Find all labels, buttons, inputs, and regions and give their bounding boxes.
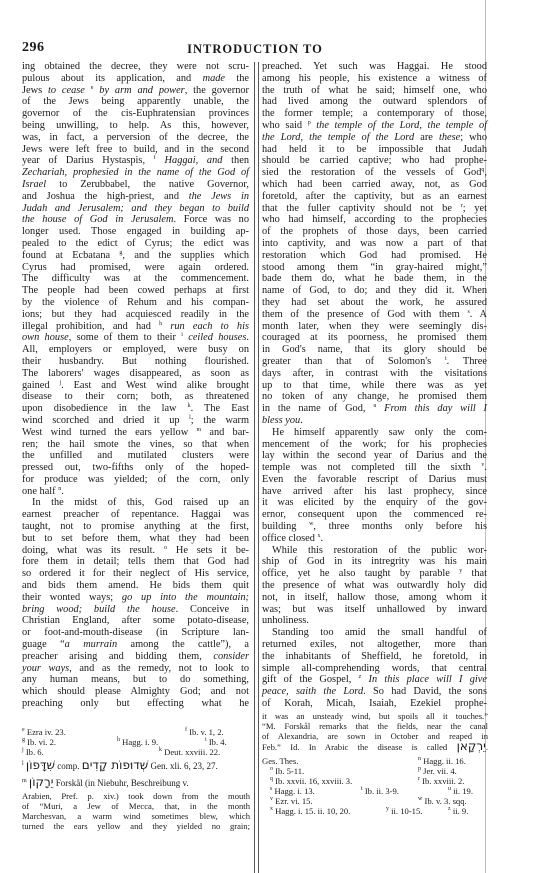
text-line: bade them do, what he bade them, in the xyxy=(262,273,487,285)
text-line: preached. Yet such was Haggai. He stood xyxy=(262,61,487,73)
text-line: by the violence of Rehum and his compan- xyxy=(22,297,249,309)
text-line: gained j. East and West wind alike broug… xyxy=(22,380,249,392)
text-line: into captivity, and was now a part of th… xyxy=(262,238,487,250)
text-line: year of Darius Hystaspis, f Haggai, and … xyxy=(22,155,249,167)
text-line: the inhabitants of Sheffield, he foretol… xyxy=(262,651,487,663)
footnote-reference: t Ib. ii. 3-9. xyxy=(361,786,399,796)
text-line: own house, some of them to their i ceile… xyxy=(22,332,249,344)
text-line: for produce was yielded; of the corn, on… xyxy=(22,474,249,486)
text-line: All, employers or employed, were busy on xyxy=(22,344,249,356)
text-line: earnest preacher of repentance. Haggai w… xyxy=(22,509,249,521)
text-line: found at Ecbatana g, and the supplies wh… xyxy=(22,250,249,262)
text-line: preacher arising and bidding them, consi… xyxy=(22,651,249,663)
text-line: in the name of God, u From this day will… xyxy=(262,403,487,415)
text-line: ren; the hail smote the vines, so that w… xyxy=(22,439,249,451)
left-text-column: ing obtained the decree, they were not s… xyxy=(22,61,249,710)
footnote-reference: u ii. 19. xyxy=(448,786,473,796)
text-line: He himself apparently saw only the com- xyxy=(262,427,487,439)
footnote-reference: p Jer. vii. 4. xyxy=(418,766,457,776)
text-line: but to set before them, what they had be… xyxy=(22,533,249,545)
text-line: they had set about the work, he assured xyxy=(262,297,487,309)
text-line: which should please Almighty God; and no… xyxy=(22,686,249,698)
text-line: and Joshua the high-priest, and the Jews… xyxy=(22,191,249,203)
text-line: who said p the temple of the Lord, the t… xyxy=(262,120,487,132)
text-line: The difficulty was at the commencement. xyxy=(22,273,249,285)
text-line: doing, what was its result. o He sets it… xyxy=(22,545,249,557)
text-line: the truth of what he said; himself one, … xyxy=(262,85,487,97)
text-line: lay within the second year of Darius and… xyxy=(262,450,487,462)
text-line: their wonted ways; go up into the mounta… xyxy=(22,592,249,604)
right-text-column: preached. Yet such was Haggai. He stooda… xyxy=(262,61,487,710)
text-line: office, yet he also taught by parable y … xyxy=(262,568,487,580)
footnote-row: o Ib. 5-11.p Jer. vii. 4. xyxy=(262,766,488,776)
text-line: who had himself, according to the prophe… xyxy=(262,214,487,226)
text-line: returned exiles, not altogether, more th… xyxy=(262,639,487,651)
text-line: guage “a murrain among the cattle”), a xyxy=(22,639,249,651)
footnote-reference: n Hagg. ii. 16. xyxy=(418,756,466,766)
footnote-reference: f Ib. v. 1, 2. xyxy=(185,727,224,737)
column-divider xyxy=(254,62,259,873)
footnote-row: s Hagg. i. 13.t Ib. ii. 3-9.u ii. 19. xyxy=(262,786,488,796)
text-line: preaching only but effecting what he xyxy=(22,698,249,710)
text-line: the former temple; a contemporary of tho… xyxy=(262,108,487,120)
footnote-hebrew-line: l שִׁדָּפוֹן comp. שְׁדוּפוֹת קָדִים Gen… xyxy=(22,757,250,774)
text-line: of the prophets of those days, been carr… xyxy=(262,226,487,238)
text-line: was, in fact, a perversion of the decree… xyxy=(22,132,249,144)
text-line: greater than that of Solomon's t. Three xyxy=(262,356,487,368)
text-line: being unwilling, to help. As this, howev… xyxy=(22,120,249,132)
text-line: which had been carried away, not, as God xyxy=(262,179,487,191)
text-line: longer used. Those engaged in building a… xyxy=(22,226,249,238)
footnotes-right: it was an unsteady wind, but spoils all … xyxy=(262,711,488,816)
text-line: the unfilled and mutilated clusters were xyxy=(22,450,249,462)
text-line: couraged at its poorness, he promised th… xyxy=(262,332,487,344)
text-line: Israel to Zerubbabel, the native Governo… xyxy=(22,179,249,191)
text-line: that the fuller captivity should not be … xyxy=(262,203,487,215)
footnote-reference: g Ib. vi. 2. xyxy=(22,737,56,747)
footnote-paragraph: it was an unsteady wind, but spoils all … xyxy=(262,711,488,752)
text-line: building w, three months only before his xyxy=(262,521,487,533)
text-line: Standing too amid the small handful of xyxy=(262,627,487,639)
footnote-reference: h Hagg. i. 9. xyxy=(117,737,158,747)
text-line: them of the presence of God with them s.… xyxy=(262,309,487,321)
text-line: stood among them “in gray-haired might,” xyxy=(262,262,487,274)
text-line: of the Jews being apparently unable, the xyxy=(22,96,249,108)
text-line: upon disobedience in the law k. The East xyxy=(22,403,249,415)
footnote-reference: i Ib. 4. xyxy=(205,737,227,747)
footnote-row: j Ib. 6.k Deut. xxviii. 22. xyxy=(22,747,250,757)
footnote-row: e Ezra iv. 23.f Ib. v. 1, 2. xyxy=(22,727,250,737)
text-line: governor of the cis-Euphratensian provin… xyxy=(22,108,249,120)
footnote-reference: r Ib. xxviii. 2. xyxy=(418,776,464,786)
footnote-hebrew-line: m יֵרָקוֹן Forskål (in Niebuhr, Beschrei… xyxy=(22,774,250,791)
footnotes-left: e Ezra iv. 23.f Ib. v. 1, 2.g Ib. vi. 2.… xyxy=(22,727,250,831)
footnote-reference: w Ib. v. 3. sqq. xyxy=(418,796,467,806)
running-title: INTRODUCTION TO xyxy=(22,42,488,57)
footnote-reference: o Ib. 5-11. xyxy=(270,766,304,776)
text-line: In the midst of this, God raised up an xyxy=(22,497,249,509)
text-line: peace, saith the Lord. So had David, the… xyxy=(262,686,487,698)
text-line: their husbandry. But nothing flourished. xyxy=(22,356,249,368)
text-line: it was elicited by the enquiry of the go… xyxy=(262,497,487,509)
text-line: unholiness. xyxy=(262,615,487,627)
text-line: bring wood; build the house. Conceive in xyxy=(22,604,249,616)
footnote-reference: j Ib. 6. xyxy=(22,747,44,757)
footnote-reference: y ii. 10-15. xyxy=(386,806,422,816)
footnote-reference: k Deut. xxviii. 22. xyxy=(159,747,220,757)
footnote-row: v Ezr. vi. 15.w Ib. v. 3. sqq. xyxy=(262,796,488,806)
text-line: Even the favorable rescript of Darius mu… xyxy=(262,474,487,486)
text-line: Jews were left free to build, and in the… xyxy=(22,144,249,156)
text-line: bless you. xyxy=(262,415,487,427)
footnote-reference: s Hagg. i. 13. xyxy=(270,786,315,796)
text-line: the presence of what was outwardly holy … xyxy=(262,580,487,592)
text-line: restoration which God had promised. He xyxy=(262,250,487,262)
text-line: ions; but they had acquiesced readily in… xyxy=(22,309,249,321)
page-header: 296 INTRODUCTION TO xyxy=(22,40,488,58)
text-line: disease to their corn; both, as threaten… xyxy=(22,391,249,403)
text-line: fore them in detail; tells them that God… xyxy=(22,556,249,568)
text-line: any human means, but to do something, xyxy=(22,674,249,686)
text-line: wind scorched and dried it up l; the war… xyxy=(22,415,249,427)
text-line: gift of the Gospel, z In this place will… xyxy=(262,674,487,686)
text-line: Jews to cease e by arm and power, the go… xyxy=(22,85,249,97)
footnote-paragraph: Arabien, Pref. p. xiv.) took down from t… xyxy=(22,791,250,831)
text-line: simple all-comprehending words, that cen… xyxy=(262,663,487,675)
text-line: Cyrus had promised, were again ordered. xyxy=(22,262,249,274)
text-line: had lived among the outward splendors of xyxy=(262,96,487,108)
footnote-reference: e Ezra iv. 23. xyxy=(22,727,66,737)
footnote-row: q Ib. xxvii. 16, xxviii. 3.r Ib. xxviii.… xyxy=(262,776,488,786)
footnote-row: g Ib. vi. 2.h Hagg. i. 9.i Ib. 4. xyxy=(22,737,250,747)
text-line: illegal prohibition, and had h run each … xyxy=(22,321,249,333)
text-line: the house of God in Jerusalem. Force was… xyxy=(22,214,249,226)
text-line: should be carried captive; who had proph… xyxy=(262,155,487,167)
text-line: up to that time, while there was as yet xyxy=(262,380,487,392)
text-line: West wind turned the ears yellow m and b… xyxy=(22,427,249,439)
text-line: days after, in contrast with the visitat… xyxy=(262,368,487,380)
footnote-reference: z ii. 9. xyxy=(448,806,468,816)
footnote-reference: v Ezr. vi. 15. xyxy=(270,796,313,806)
text-line: name of God, to do; and they did it. Whe… xyxy=(262,285,487,297)
text-line: pealed to the edict of Cyrus; the edict … xyxy=(22,238,249,250)
text-line: sied the restoration of the vessels of G… xyxy=(262,167,487,179)
text-line: among his people, his existence a witnes… xyxy=(262,73,487,85)
text-line: and bids them amend. He bids them quit xyxy=(22,580,249,592)
text-line: ing obtained the decree, they were not s… xyxy=(22,61,249,73)
footnote-row: x Hagg. i. 15. ii. 10, 20.y ii. 10-15.z … xyxy=(262,806,488,816)
text-line: pulous about its application, and made t… xyxy=(22,73,249,85)
text-line: or foot-and-mouth-disease (in Scripture … xyxy=(22,627,249,639)
text-line: your ways, and as the remedy, not to loo… xyxy=(22,663,249,675)
footnote-ges-thes: Ges. Thes.n Hagg. ii. 16. xyxy=(262,756,488,766)
text-line: had held it to be impossible that Judah xyxy=(262,144,487,156)
text-line: The people had been cowed perhaps at fir… xyxy=(22,285,249,297)
text-line: mencement of the work; for his prophecie… xyxy=(262,439,487,451)
text-line: ernor, consequent upon the commenced re- xyxy=(262,509,487,521)
text-line: so ordered it for their neglect of His s… xyxy=(22,568,249,580)
text-line: one half n. xyxy=(22,486,249,498)
footnote-reference: q Ib. xxvii. 16, xxviii. 3. xyxy=(270,776,352,786)
text-line: not, in itself, hallow those, among whom… xyxy=(262,592,487,604)
text-line: pressed out, two-fifths only of the hope… xyxy=(22,462,249,474)
text-line: month later, when they were seemingly di… xyxy=(262,321,487,333)
text-line: in God's name, that its glory should be xyxy=(262,344,487,356)
text-line: Judah and Jerusalem; and they began to b… xyxy=(22,203,249,215)
footnote-reference: x Hagg. i. 15. ii. 10, 20. xyxy=(270,806,350,816)
text-line: The laborers' wages disappeared, as soon… xyxy=(22,368,249,380)
text-line: was; but was itself unhallowed by inward xyxy=(262,604,487,616)
text-line: Christian England, after some potato-dis… xyxy=(22,615,249,627)
text-line: ship of God in its intregrity was his ma… xyxy=(262,556,487,568)
text-line: temple was not completed till the sixth … xyxy=(262,462,487,474)
text-line: of Korah, Micah, Isaiah, Ezekiel prophe- xyxy=(262,698,487,710)
text-line: the Lord, the temple of the Lord are the… xyxy=(262,132,487,144)
text-line: Zechariah, prophesied in the name of the… xyxy=(22,167,249,179)
text-line: foretold, after the captivity, but as an… xyxy=(262,191,487,203)
text-line: no token of any change, he promised them xyxy=(262,391,487,403)
text-line: office closed x. xyxy=(262,533,487,545)
text-line: While this restoration of the public wor… xyxy=(262,545,487,557)
text-line: have arrived after his last prophecy, si… xyxy=(262,486,487,498)
text-line: taught, not to promise anything at the f… xyxy=(22,521,249,533)
